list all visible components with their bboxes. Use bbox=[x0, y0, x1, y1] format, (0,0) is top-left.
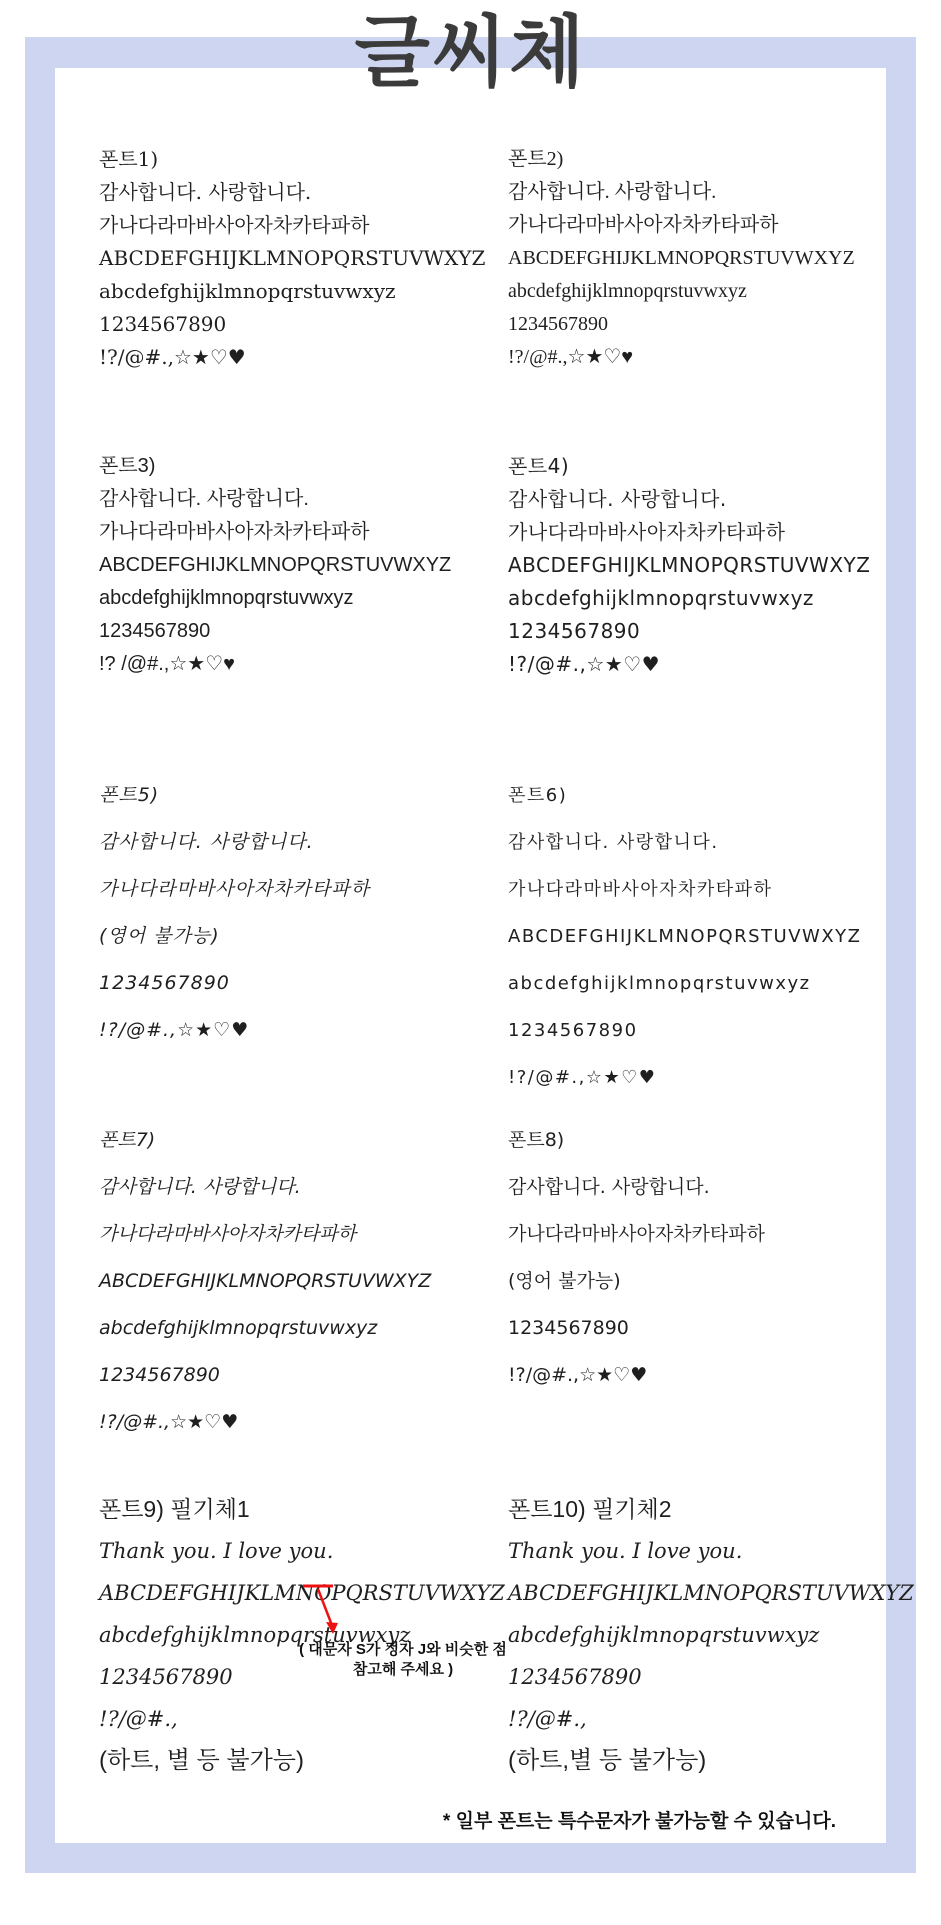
sample-line: !?/@#.,☆★♡♥ bbox=[99, 1399, 431, 1446]
sample-line: (영어 불가능) bbox=[99, 913, 370, 960]
sample-line: 1234567890 bbox=[508, 615, 870, 648]
sample-line: ABCDEFGHIJKLMNOPQRSTUVWXYZ bbox=[508, 913, 862, 960]
font-sample-5: 폰트5) 감사합니다. 사랑합니다. 가나다라마바사아자차카타파하 (영어 불가… bbox=[99, 772, 370, 1054]
font-sample-10-label: 폰트10) 필기체2 bbox=[508, 1488, 914, 1530]
font-sample-7: 폰트7) 감사합니다. 사랑합니다. 가나다라마바사아자차카타파하 ABCDEF… bbox=[99, 1117, 431, 1446]
sample-line: 감사합니다. 사랑합니다. bbox=[508, 1164, 765, 1211]
sample-line: 감사합니다. 사랑합니다. bbox=[99, 483, 451, 516]
sample-line: 1234567890 bbox=[508, 308, 855, 341]
font-sample-3: 폰트3) 감사합니다. 사랑합니다. 가나다라마바사아자차카타파하 ABCDEF… bbox=[99, 450, 451, 681]
sample-line: abcdefghijklmnopqrstuvwxyz bbox=[99, 275, 485, 308]
page-title: 글씨체 bbox=[0, 0, 941, 102]
sample-line: 감사합니다. 사랑합니다. bbox=[99, 819, 370, 866]
font-sample-4-label: 폰트4) bbox=[508, 450, 870, 483]
font-sample-1: 폰트1) 감사합니다. 사랑합니다. 가나다라마바사아자차카타파하 ABCDEF… bbox=[99, 143, 485, 374]
sample-line: 감사합니다. 사랑합니다. bbox=[99, 1164, 431, 1211]
annotation-line-1: ( 대문자 S가 정자 J와 비슷한 점 bbox=[283, 1640, 523, 1660]
sample-line: abcdefghijklmnopqrstuvwxyz bbox=[508, 960, 862, 1007]
sample-line: !?/@#., bbox=[99, 1698, 505, 1740]
font-sample-6: 폰트6) 감사합니다. 사랑합니다. 가나다라마바사아자차카타파하 ABCDEF… bbox=[508, 772, 862, 1101]
sample-line: abcdefghijklmnopqrstuvwxyz bbox=[508, 1614, 914, 1656]
font-sample-8: 폰트8) 감사합니다. 사랑합니다. 가나다라마바사아자차카타파하 (영어 불가… bbox=[508, 1117, 765, 1399]
sample-line: abcdefghijklmnopqrstuvwxyz bbox=[508, 582, 870, 615]
sample-line: 가나다라마바사아자차카타파하 bbox=[508, 209, 855, 242]
font-sample-2: 폰트2) 감사합니다. 사랑합니다. 가나다라마바사아자차카타파하 ABCDEF… bbox=[508, 143, 855, 374]
sample-line: 1234567890 bbox=[99, 960, 370, 1007]
sample-line: 1234567890 bbox=[99, 308, 485, 341]
sample-line: abcdefghijklmnopqrstuvwxyz bbox=[99, 1305, 431, 1352]
sample-line: !?/@#., bbox=[508, 1698, 914, 1740]
sample-line: ABCDEFGHIJKLMNOPQRSTUVWXYZ bbox=[99, 549, 451, 582]
font-sample-10: 폰트10) 필기체2 Thank you. I love you. ABCDEF… bbox=[508, 1488, 914, 1782]
sample-line: 감사합니다. 사랑합니다. bbox=[99, 176, 485, 209]
sample-line: 감사합니다. 사랑합니다. bbox=[508, 483, 870, 516]
sample-line: 1234567890 bbox=[99, 1352, 431, 1399]
sample-line: !?/@#.,☆★♡♥ bbox=[508, 341, 855, 374]
font-sample-1-label: 폰트1) bbox=[99, 143, 485, 176]
sample-line: 가나다라마바사아자차카타파하 bbox=[99, 866, 370, 913]
content-card: 폰트1) 감사합니다. 사랑합니다. 가나다라마바사아자차카타파하 ABCDEF… bbox=[55, 68, 886, 1843]
red-arrow-icon bbox=[295, 1576, 365, 1640]
sample-line: Thank you. I love you. bbox=[508, 1530, 914, 1572]
page: 글씨체 폰트1) 감사합니다. 사랑합니다. 가나다라마바사아자차카타파하 AB… bbox=[0, 0, 941, 1925]
sample-line: !? /@#.,☆★♡♥ bbox=[99, 648, 451, 681]
sample-line: !?/@#.,☆★♡♥ bbox=[508, 1054, 862, 1101]
sample-line: 가나다라마바사아자차카타파하 bbox=[99, 1211, 431, 1258]
sample-line: Thank you. I love you. bbox=[99, 1530, 505, 1572]
font-sample-9-label: 폰트9) 필기체1 bbox=[99, 1488, 505, 1530]
sample-line: !?/@#.,☆★♡♥ bbox=[99, 341, 485, 374]
sample-line: 감사합니다. 사랑합니다. bbox=[508, 176, 855, 209]
sample-line: ABCDEFGHIJKLMNOPQRSTUVWXYZ bbox=[508, 549, 870, 582]
sample-line: abcdefghijklmnopqrstuvwxyz bbox=[508, 275, 855, 308]
sample-line: 감사합니다. 사랑합니다. bbox=[508, 819, 862, 866]
sample-line: 가나다라마바사아자차카타파하 bbox=[508, 866, 862, 913]
font-sample-7-label: 폰트7) bbox=[99, 1117, 431, 1164]
sample-line: ABCDEFGHIJKLMNOPQRSTUVWXYZ bbox=[99, 242, 485, 275]
font-sample-3-label: 폰트3) bbox=[99, 450, 451, 483]
sample-line: 가나다라마바사아자차카타파하 bbox=[508, 1211, 765, 1258]
sample-line: ABCDEFGHIJKLMNOPQRSTUVWXYZ bbox=[99, 1258, 431, 1305]
sample-line: (하트,별 등 불가능) bbox=[508, 1740, 914, 1782]
font-sample-2-label: 폰트2) bbox=[508, 143, 855, 176]
sample-line: 가나다라마바사아자차카타파하 bbox=[508, 516, 870, 549]
sample-line: abcdefghijklmnopqrstuvwxyz bbox=[99, 582, 451, 615]
font-sample-4: 폰트4) 감사합니다. 사랑합니다. 가나다라마바사아자차카타파하 ABCDEF… bbox=[508, 450, 870, 681]
footer-note: * 일부 폰트는 특수문자가 불가능할 수 있습니다. bbox=[443, 1806, 836, 1833]
sample-line: !?/@#.,☆★♡♥ bbox=[508, 1352, 765, 1399]
annotation-note: ( 대문자 S가 정자 J와 비슷한 점 참고해 주세요 ) bbox=[283, 1640, 523, 1680]
annotation-line-2: 참고해 주세요 ) bbox=[283, 1660, 523, 1680]
sample-line: ABCDEFGHIJKLMNOPQRSTUVWXYZ bbox=[508, 1572, 914, 1614]
sample-line: (영어 불가능) bbox=[508, 1258, 765, 1305]
font-sample-6-label: 폰트6) bbox=[508, 772, 862, 819]
font-sample-5-label: 폰트5) bbox=[99, 772, 370, 819]
sample-line: 1234567890 bbox=[508, 1305, 765, 1352]
font-sample-8-label: 폰트8) bbox=[508, 1117, 765, 1164]
sample-line: 1234567890 bbox=[99, 615, 451, 648]
sample-line: 가나다라마바사아자차카타파하 bbox=[99, 209, 485, 242]
sample-line: (하트, 별 등 불가능) bbox=[99, 1740, 505, 1782]
sample-line: 가나다라마바사아자차카타파하 bbox=[99, 516, 451, 549]
sample-line: ABCDEFGHIJKLMNOPQRSTUVWXYZ bbox=[508, 242, 855, 275]
sample-line: 1234567890 bbox=[508, 1007, 862, 1054]
sample-line: 1234567890 bbox=[508, 1656, 914, 1698]
sample-line: !?/@#.,☆★♡♥ bbox=[99, 1007, 370, 1054]
sample-line: !?/@#.,☆★♡♥ bbox=[508, 648, 870, 681]
